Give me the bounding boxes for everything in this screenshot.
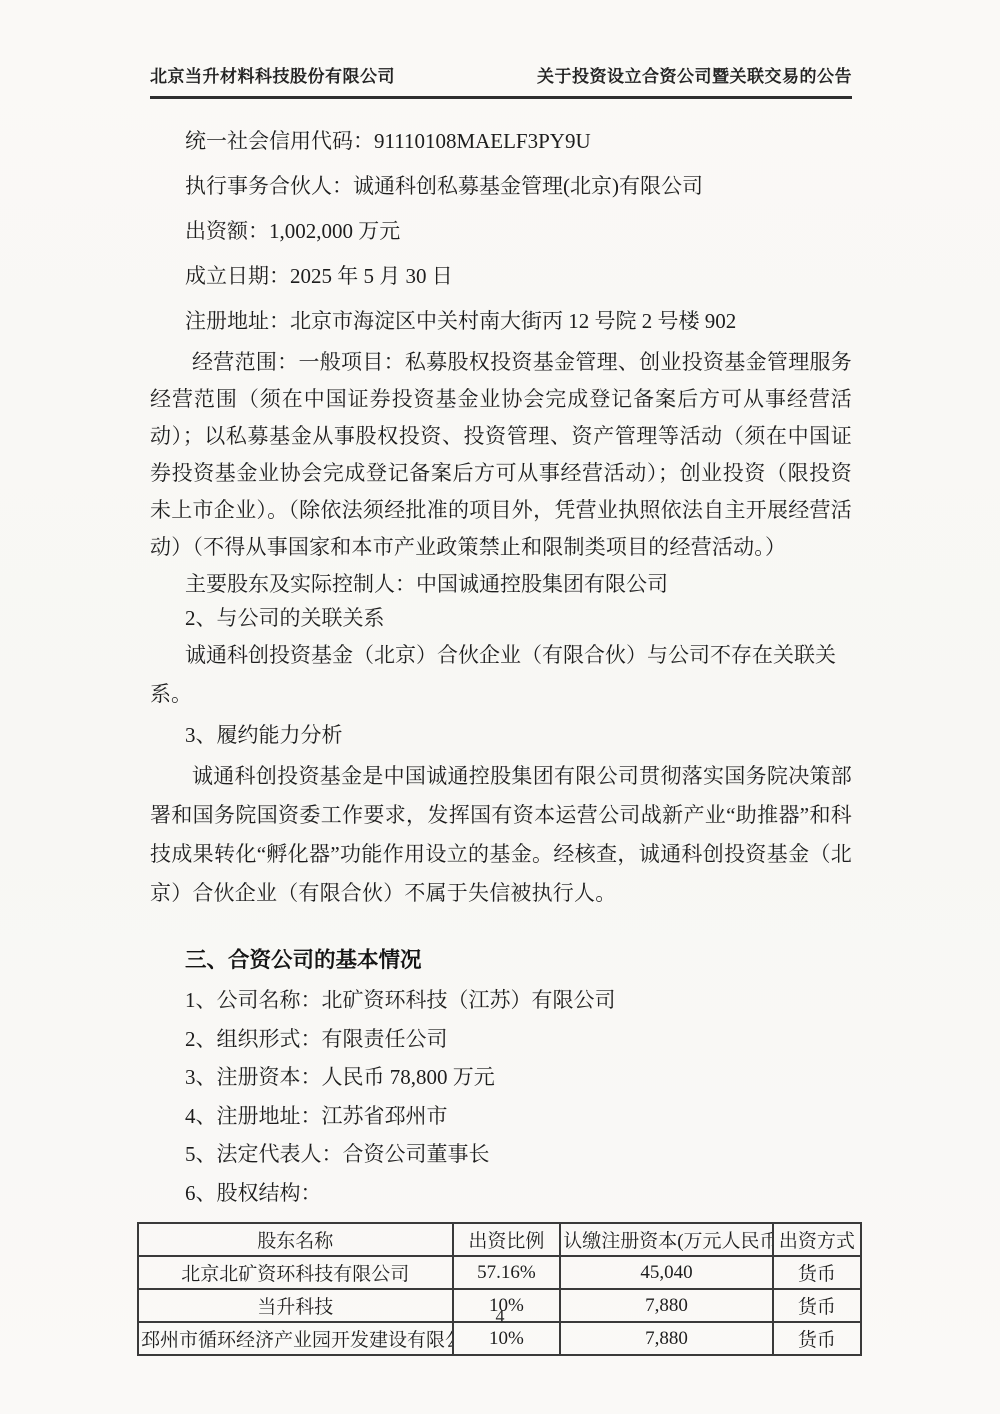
table-row: 北京北矿资环科技有限公司 57.16% 45,040 货币 [138, 1256, 861, 1289]
table-header-ratio: 出资比例 [453, 1223, 561, 1256]
table-header-shareholder: 股东名称 [138, 1223, 453, 1256]
jv-item-equity-structure: 6、股权结构： [150, 1174, 852, 1213]
info-line-contribution: 出资额：1,002,000 万元 [150, 209, 852, 254]
info-line-registered-address: 注册地址：北京市海淀区中关村南大街丙 12 号院 2 号楼 902 [150, 299, 852, 344]
jv-item-org-form: 2、组织形式：有限责任公司 [150, 1020, 852, 1059]
business-scope-paragraph: 经营范围：一般项目：私募股权投资基金管理、创业投资基金管理服务经营范围（须在中国… [150, 344, 852, 566]
header-company-name: 北京当升材料科技股份有限公司 [150, 62, 395, 87]
jv-item-legal-representative: 5、法定代表人：合资公司董事长 [150, 1135, 852, 1174]
table-header-capital: 认缴注册资本(万元人民币) [560, 1223, 773, 1256]
document-page: 北京当升材料科技股份有限公司 关于投资设立合资公司暨关联交易的公告 统一社会信用… [0, 0, 1000, 1414]
jv-item-registered-capital: 3、注册资本：人民币 78,800 万元 [150, 1058, 852, 1097]
relation-text: 诚通科创投资基金（北京）合伙企业（有限合伙）与公司不存在关联关系。 [150, 636, 852, 714]
document-body: 统一社会信用代码：91110108MAELF3PY9U 执行事务合伙人：诚通科创… [150, 119, 852, 1356]
relation-heading: 2、与公司的关联关系 [150, 601, 852, 636]
equity-structure-table: 股东名称 出资比例 认缴注册资本(万元人民币) 出资方式 北京北矿资环科技有限公… [137, 1222, 862, 1356]
major-shareholder-line: 主要股东及实际控制人：中国诚通控股集团有限公司 [150, 568, 852, 601]
page-footer: 4 [0, 1306, 1000, 1327]
info-line-establish-date: 成立日期：2025 年 5 月 30 日 [150, 254, 852, 299]
cell-shareholder: 北京北矿资环科技有限公司 [138, 1256, 453, 1289]
info-line-credit-code: 统一社会信用代码：91110108MAELF3PY9U [150, 119, 852, 164]
jv-item-registered-address: 4、注册地址：江苏省邳州市 [150, 1097, 852, 1136]
table-header-method: 出资方式 [773, 1223, 861, 1256]
capability-heading: 3、履约能力分析 [150, 714, 852, 757]
section-three-heading: 三、合资公司的基本情况 [150, 939, 852, 981]
cell-capital: 45,040 [560, 1256, 773, 1289]
info-line-executive-partner: 执行事务合伙人：诚通科创私募基金管理(北京)有限公司 [150, 164, 852, 209]
cell-method: 货币 [773, 1256, 861, 1289]
page-header: 北京当升材料科技股份有限公司 关于投资设立合资公司暨关联交易的公告 [150, 62, 852, 99]
page-number: 4 [496, 1306, 505, 1326]
cell-ratio: 57.16% [453, 1256, 561, 1289]
jv-item-company-name: 1、公司名称：北矿资环科技（江苏）有限公司 [150, 981, 852, 1020]
jv-info-list: 1、公司名称：北矿资环科技（江苏）有限公司 2、组织形式：有限责任公司 3、注册… [150, 981, 852, 1212]
header-document-title: 关于投资设立合资公司暨关联交易的公告 [537, 62, 852, 87]
table-header-row: 股东名称 出资比例 认缴注册资本(万元人民币) 出资方式 [138, 1223, 861, 1256]
capability-paragraph: 诚通科创投资基金是中国诚通控股集团有限公司贯彻落实国务院决策部署和国务院国资委工… [150, 757, 852, 913]
fund-info-list: 统一社会信用代码：91110108MAELF3PY9U 执行事务合伙人：诚通科创… [150, 119, 852, 344]
